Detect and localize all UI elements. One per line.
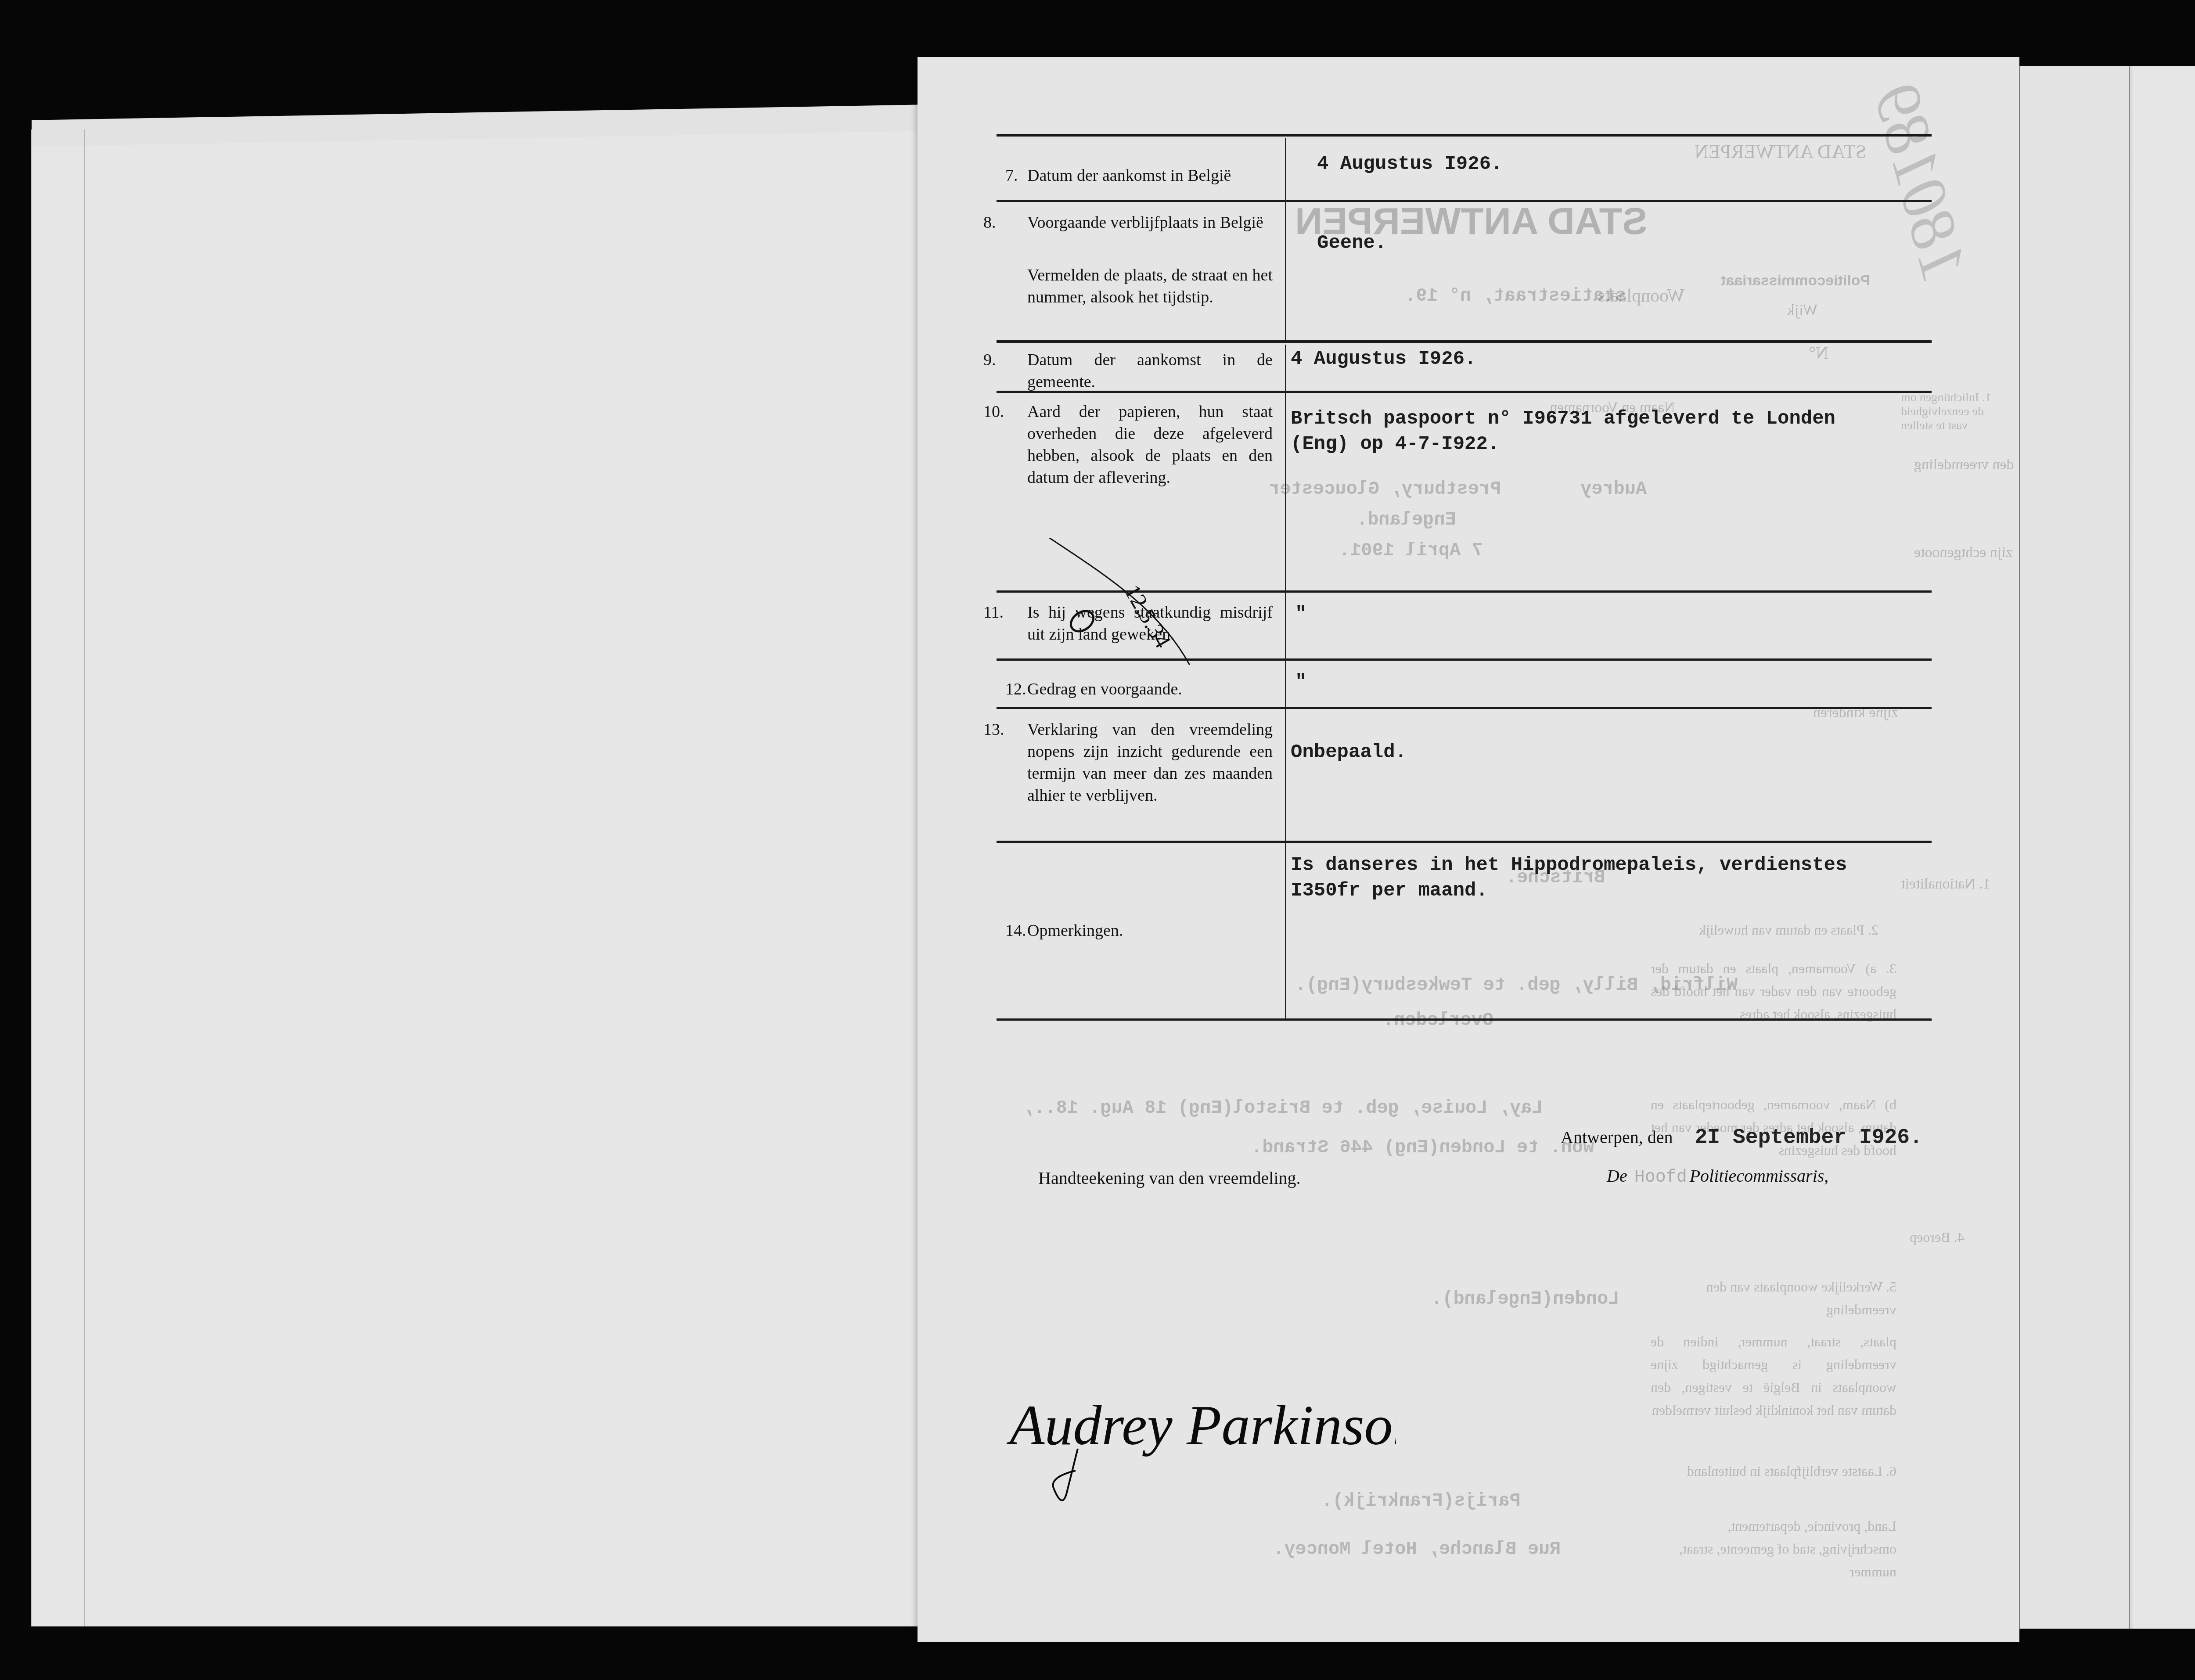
commissioner-line: De HoofdPolitiecommissaris, [1607,1166,1828,1187]
foreigner-signature-label: Handteekening van den vreemdeling. [1038,1168,1301,1188]
row-label: 7.Datum der aankomst in België [997,138,1286,200]
row-number: 7. [1005,165,1027,187]
row-value: Britsch paspoort n° I96731 afgeleverd te… [1286,393,1932,590]
commissioner-title: Politiecommissaris, [1690,1166,1829,1186]
commissioner-prefix: De [1607,1166,1627,1186]
form-row-arrival-belgium: 7.Datum der aankomst in België 4 Augustu… [997,138,1932,200]
residence-note: plaats, straat, nummer, indien de vreemd… [1651,1330,1896,1421]
row-sublabel: Vermelden de plaats, de straat en het nu… [1005,264,1273,308]
handwritten-annotation-mark: 12.5.34 [1049,538,1190,665]
row-number: 14. [1005,920,1027,942]
residence-label: 5. Werkelijke woonplaats van den vreemde… [1651,1275,1896,1321]
mother-value: Lay, Louise, geb. te Bristol(Eng) 18 Aug… [1023,1097,1543,1119]
form-row-intention: 13.Verklaring van den vreemdeling nopens… [997,709,1932,841]
commissioner-typed: Hoofd [1634,1168,1687,1187]
row-value: Geene. [1286,202,1932,340]
row-label-text: Opmerkingen. [1027,921,1123,940]
back-sheet-margin-line [84,130,85,1626]
form-row-arrival-municipality: 9.Datum der aankomst in de gemeente. 4 A… [997,345,1932,391]
row-label: 8.Voorgaande verblijfplaats in België Ve… [997,202,1286,340]
top-rule [997,134,1932,137]
row-number: 12. [1005,678,1027,700]
page-edge-line [2129,66,2130,1629]
last-abroad-label: 6. Laatste verblijfplaats in buitenland [1651,1460,1896,1482]
row-rule [997,340,1932,343]
signature-text: Audrey Parkinson [1006,1394,1396,1457]
row-value: 4 Augustus I926. [1286,345,1932,391]
place-date-label: Antwerpen, den [1561,1127,1673,1147]
form-row-remarks: 14.Opmerkingen. Is danseres in het Hippo… [997,843,1932,1018]
row-value: " [1286,661,1932,707]
row-label-text: Verklaring van den vreemdeling nopens zi… [1027,720,1273,805]
row-label: 12.Gedrag en voorgaande. [997,661,1286,707]
last-abroad-address: Rue Blanche, Hotel Moncey. [1273,1539,1561,1560]
stacked-page-edges [2019,66,2195,1629]
row-number: 9. [1005,349,1027,371]
occupation-label: 4. Beroep [1910,1229,1964,1245]
row-label-text: Aard der papieren, hun staat overheden d… [1027,403,1273,487]
row-number: 8. [1005,212,1027,234]
mother-address: won. te Londen(Eng) 446 Strand. [1251,1137,1594,1158]
residence-value: Londen(Engeland). [1431,1288,1619,1309]
back-sheet [31,130,975,1626]
row-label: 14.Opmerkingen. [997,843,1286,1018]
last-abroad-detail: Land, provincie, departement, omschrijvi… [1651,1515,1896,1583]
row-label-text: Datum der aankomst in België [1027,166,1231,185]
row-label-text: Gedrag en voorgaande. [1027,680,1182,698]
row-rule [997,1018,1932,1021]
row-label: 13.Verklaring van den vreemdeling nopens… [997,709,1286,841]
row-label-text: Datum der aankomst in de gemeente. [1027,351,1273,391]
row-number: 10. [1005,401,1027,423]
row-value: 4 Augustus I926. [1286,138,1932,200]
form-row-previous-residence: 8.Voorgaande verblijfplaats in België Ve… [997,202,1932,340]
row-number: 11. [1005,601,1027,623]
place-date-value: 2I September I926. [1695,1126,1922,1150]
handwritten-signature: Audrey Parkinson [1001,1378,1396,1510]
form-row-conduct: 12.Gedrag en voorgaande. " [997,661,1932,707]
annotation-text: 12.5.34 [1119,581,1175,653]
row-label: 9.Datum der aankomst in de gemeente. [997,345,1286,391]
back-sheet-fold [32,104,975,147]
place-date-line: Antwerpen, den 2I September I926. [1561,1126,1922,1150]
row-value: Onbepaald. [1286,709,1932,841]
row-value: " [1286,593,1932,658]
page-edge-line [2019,66,2020,1629]
row-number: 13. [1005,719,1027,741]
row-value: Is danseres in het Hippodromepaleis, ver… [1286,843,1932,1018]
row-label-text: Voorgaande verblijfplaats in België [1027,213,1263,232]
